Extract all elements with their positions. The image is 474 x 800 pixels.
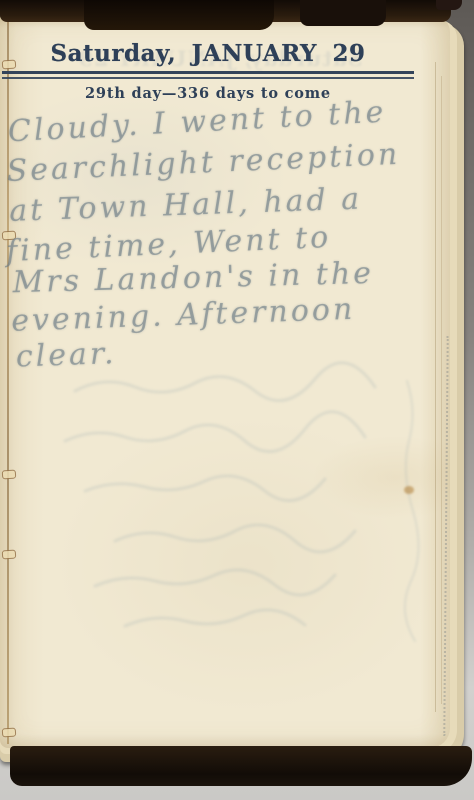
- page-header-date: Saturday, JANUARY 29: [2, 40, 414, 67]
- book-cover-bottom-edge: [10, 746, 472, 786]
- binding-stitch: [2, 550, 17, 560]
- header-rule-thin: [2, 77, 414, 79]
- binding-stitch: [2, 470, 17, 480]
- book-cover-top-corner: [436, 0, 462, 10]
- book-cover-top-edge: [84, 0, 274, 30]
- header-rule-thick: [2, 71, 414, 74]
- binding-stitch: [2, 728, 17, 738]
- bleedthrough-ghost-writing: [55, 361, 435, 661]
- page-crease: [435, 62, 436, 712]
- stain-spot: [404, 486, 414, 494]
- book-cover-top-edge: [300, 0, 386, 26]
- handwritten-entry: Cloudy. I went to the Searchlight recept…: [4, 100, 447, 398]
- scanned-diary-page: Saturday, JANUARY 29 Saturday, JANUARY 2…: [0, 0, 474, 800]
- fore-edge-ink-marks: [443, 336, 448, 736]
- page-crease: [441, 76, 442, 704]
- diary-page: Saturday, JANUARY 29 Saturday, JANUARY 2…: [0, 16, 450, 748]
